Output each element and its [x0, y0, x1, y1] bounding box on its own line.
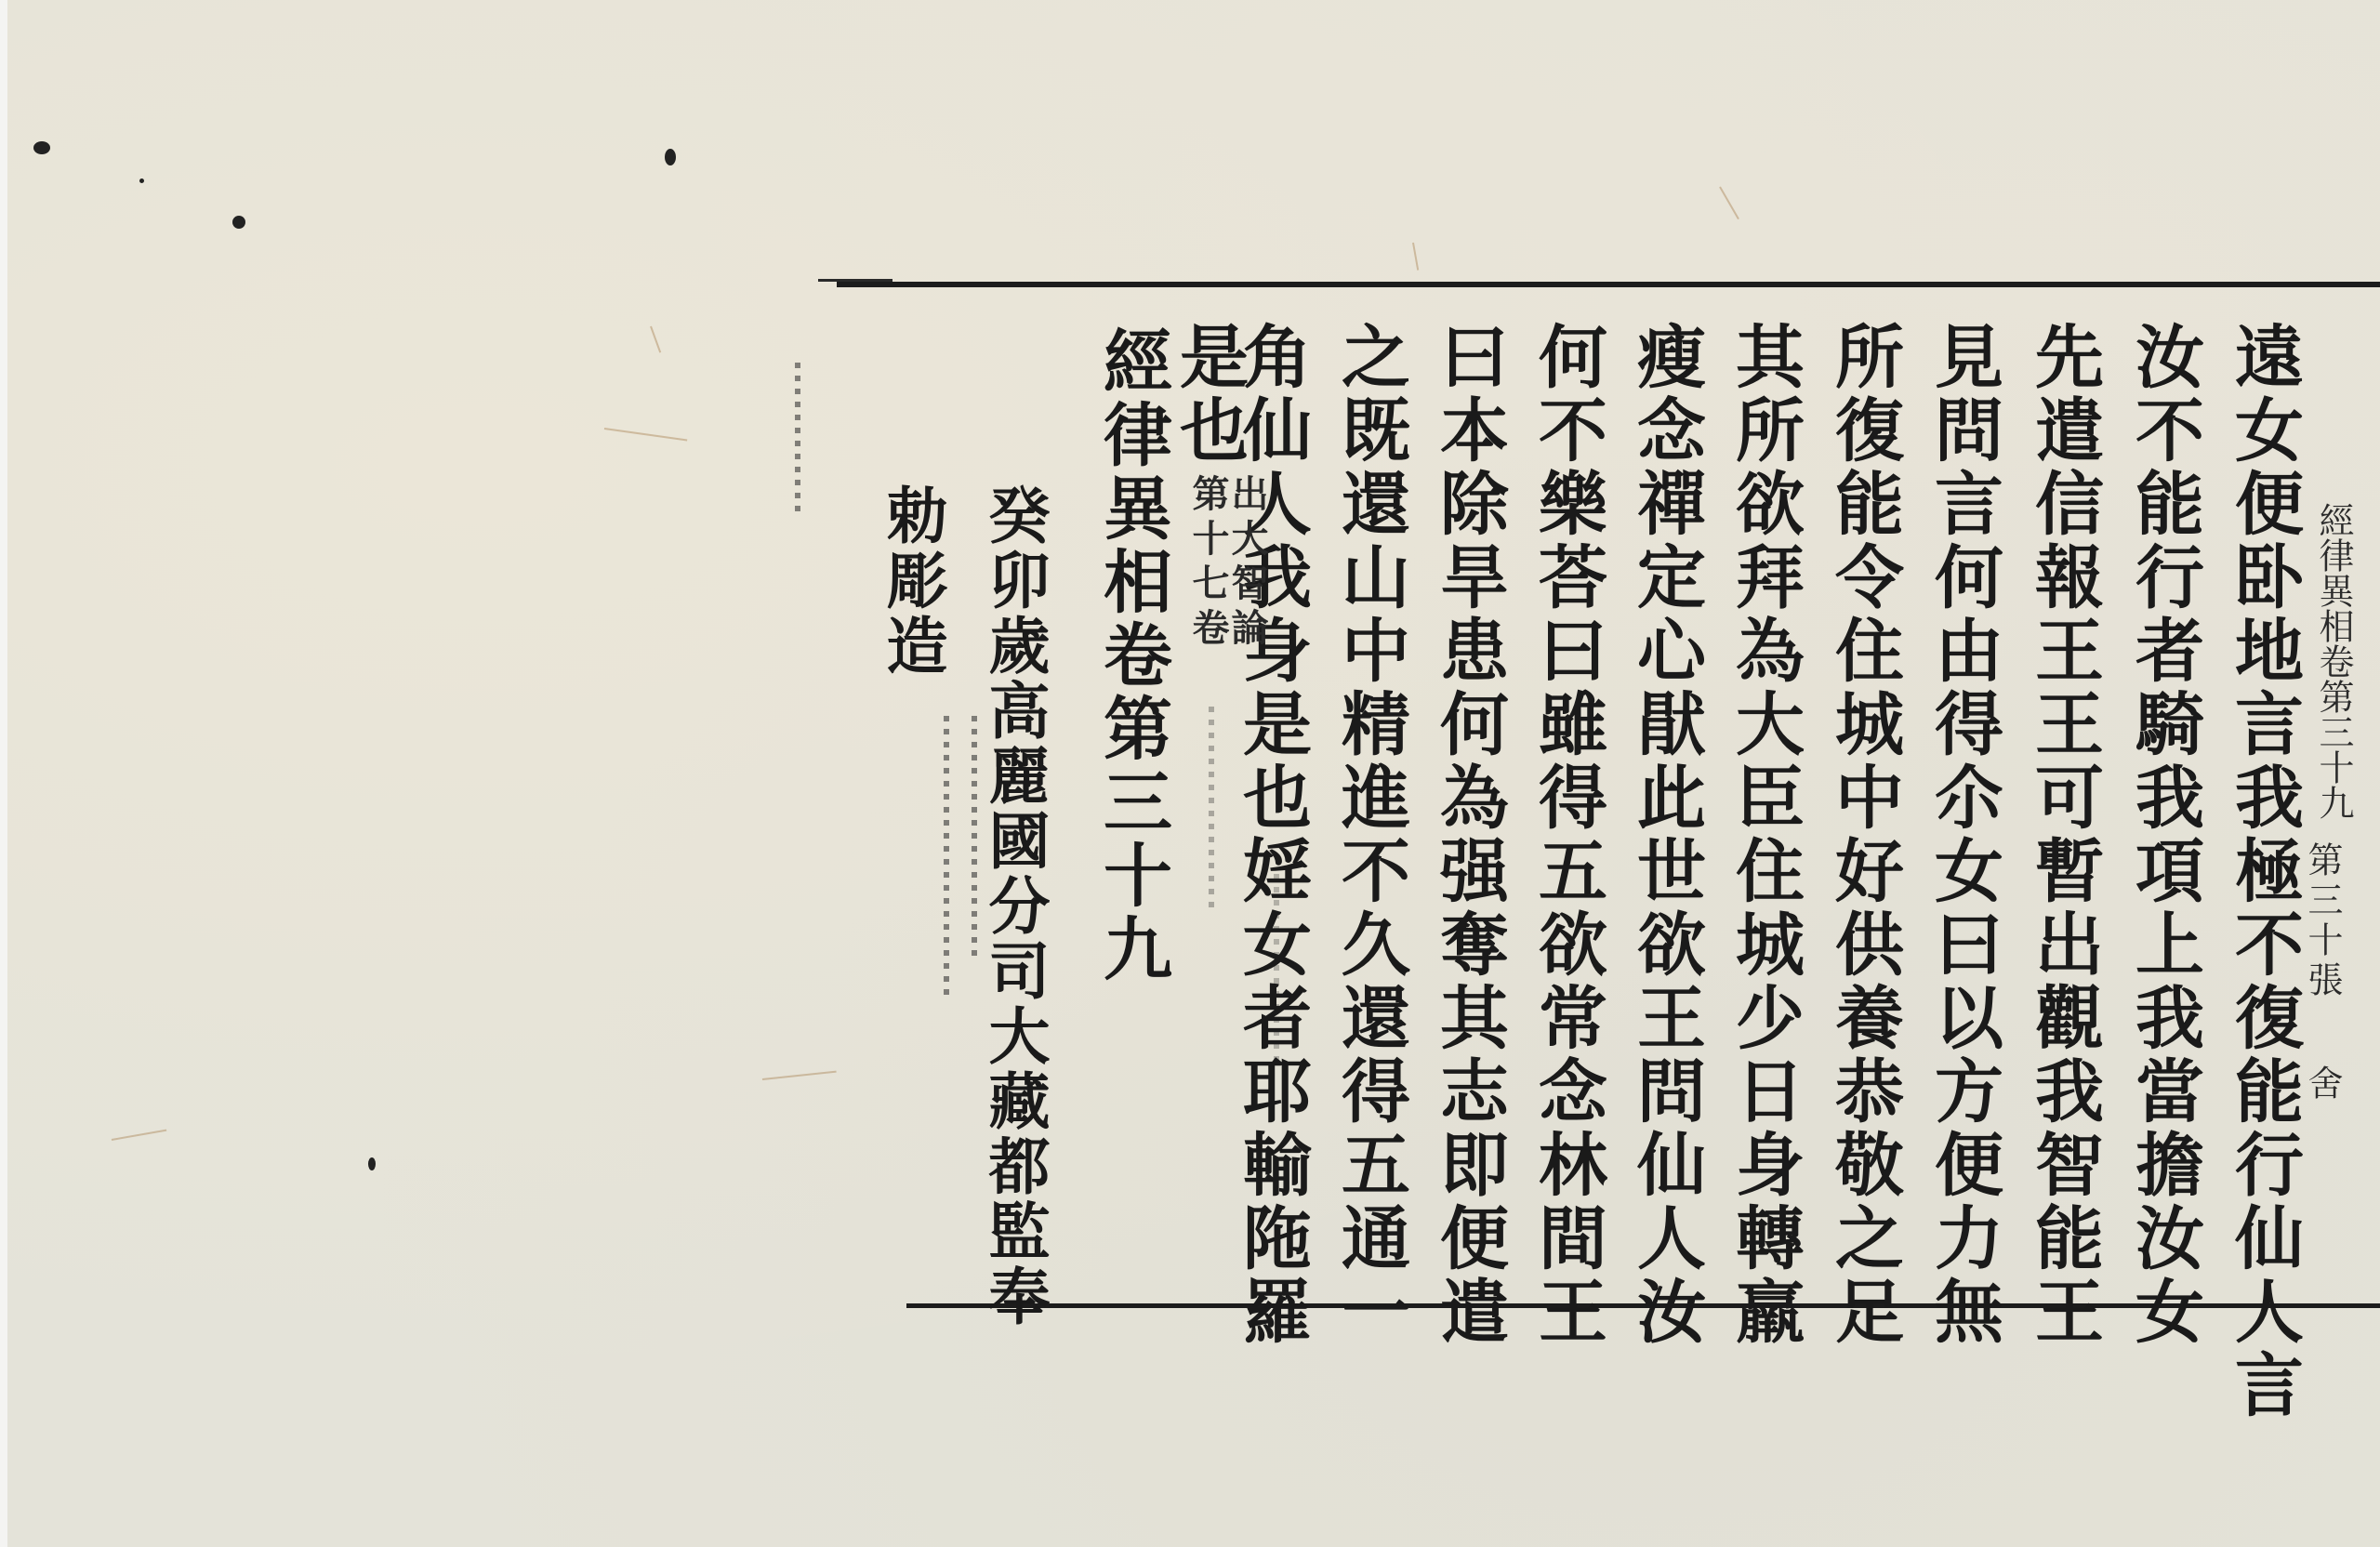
ghost-rule: [795, 363, 800, 511]
text-column-9: 曰本除旱患何為强奪其志即便遣: [1432, 321, 1506, 1349]
text-column-8: 何不樂荅曰雖得五欲常念林間王: [1530, 321, 1605, 1349]
ghost-rule: [944, 716, 949, 995]
text-column-7: 瘦念禪定心猒此世欲王問仙人汝: [1629, 321, 1703, 1349]
top-border-rule: [837, 282, 2380, 287]
ink-speck: [139, 178, 144, 183]
margin-volume-title: 經律異相卷第三十九: [2315, 502, 2352, 820]
text-column-2: 汝不能行者騎我項上我當擔汝女: [2127, 321, 2201, 1349]
text-column-5: 所復能令住城中好供養恭敬之足: [1827, 321, 1901, 1349]
margin-carver-mark: 舍: [2304, 1064, 2341, 1104]
text-column-6: 其所欲拜為大臣住城少日身轉羸: [1727, 321, 1802, 1349]
colophon-line-1: 癸卯歲高麗國分司大藏都監奉: [981, 483, 1048, 1329]
ghost-rule: [972, 716, 977, 958]
ink-speck: [665, 149, 676, 165]
ghost-rule: [1209, 707, 1214, 911]
text-column-12: 是也: [1171, 321, 1246, 468]
colophon-line-2: 勅彫造: [879, 483, 945, 679]
text-column-4: 見問言何由得尒女曰以方便力無: [1926, 321, 2001, 1349]
ink-speck: [237, 218, 243, 224]
ink-speck: [33, 141, 50, 154]
margin-page-number: 第三十張: [2304, 841, 2341, 1001]
ink-speck: [368, 1157, 376, 1170]
text-column-3: 先遣信報王王可暫出觀我智能王: [2027, 321, 2101, 1349]
volume-end-title: 經律異相卷第三十九: [1095, 325, 1170, 986]
scan-left-edge: [0, 0, 7, 1547]
text-column-10: 之既還山中精進不久還得五通一: [1333, 321, 1408, 1349]
source-note-left: 第十七卷: [1188, 474, 1227, 653]
text-column-1: 遠女便卧地言我極不復能行仙人言: [2227, 321, 2301, 1422]
source-note-right: 出大智論: [1227, 474, 1266, 653]
